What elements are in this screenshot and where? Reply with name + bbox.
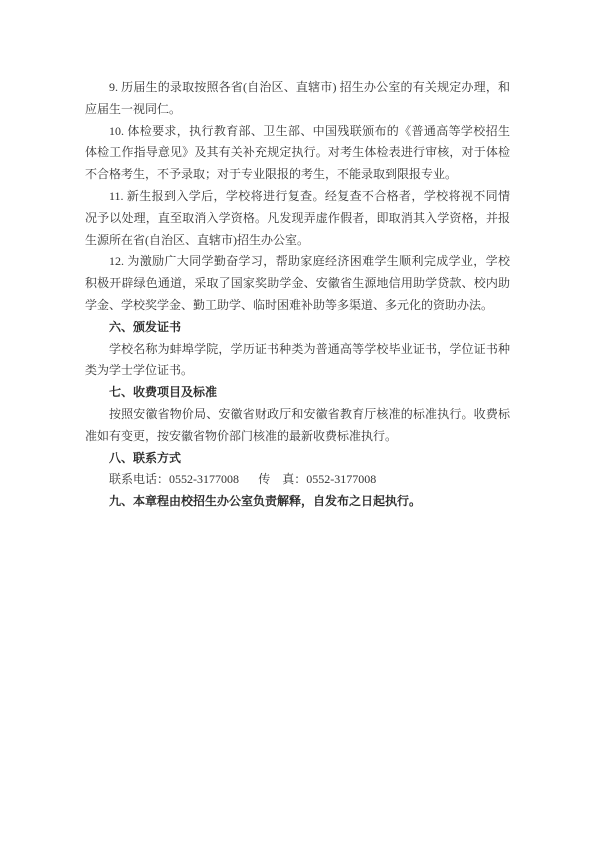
paragraph-item-12: 12. 为激励广大同学勤奋学习，帮助家庭经济困难学生顺利完成学业，学校积极开辟绿… (85, 251, 510, 316)
contact-phone-number: 0552-3177008 (169, 472, 239, 486)
section-heading-fees: 七、收费项目及标准 (85, 382, 510, 404)
paragraph-certificates: 学校名称为蚌埠学院，学历证书种类为普通高等学校毕业证书，学位证书种类为学士学位证… (85, 339, 510, 383)
paragraph-item-11: 11. 新生报到入学后，学校将进行复查。经复查不合格者，学校将视不同情况予以处理… (85, 186, 510, 251)
paragraph-item-9: 9. 历届生的录取按照各省(自治区、直辖市) 招生办公室的有关规定办理，和应届生… (85, 77, 510, 121)
paragraph-fees: 按照安徽省物价局、安徽省财政厅和安徽省教育厅核准的标准执行。收费标准如有变更，按… (85, 404, 510, 448)
contact-line: 联系电话：0552-3177008传 真：0552-3177008 (85, 469, 510, 491)
paragraph-item-10: 10. 体检要求，执行教育部、卫生部、中国残联颁布的《普通高等学校招生体检工作指… (85, 121, 510, 186)
document-page: 9. 历届生的录取按照各省(自治区、直辖市) 招生办公室的有关规定办理，和应届生… (0, 0, 595, 841)
contact-phone-label: 联系电话： (109, 472, 169, 486)
section-heading-contact: 八、联系方式 (85, 448, 510, 470)
document-body: 9. 历届生的录取按照各省(自治区、直辖市) 招生办公室的有关规定办理，和应届生… (85, 77, 510, 513)
contact-fax-number: 0552-3177008 (306, 472, 376, 486)
contact-fax-label: 传 真： (258, 472, 306, 486)
section-heading-certificates: 六、颁发证书 (85, 317, 510, 339)
section-heading-interpretation: 九、本章程由校招生办公室负责解释，自发布之日起执行。 (85, 491, 510, 513)
